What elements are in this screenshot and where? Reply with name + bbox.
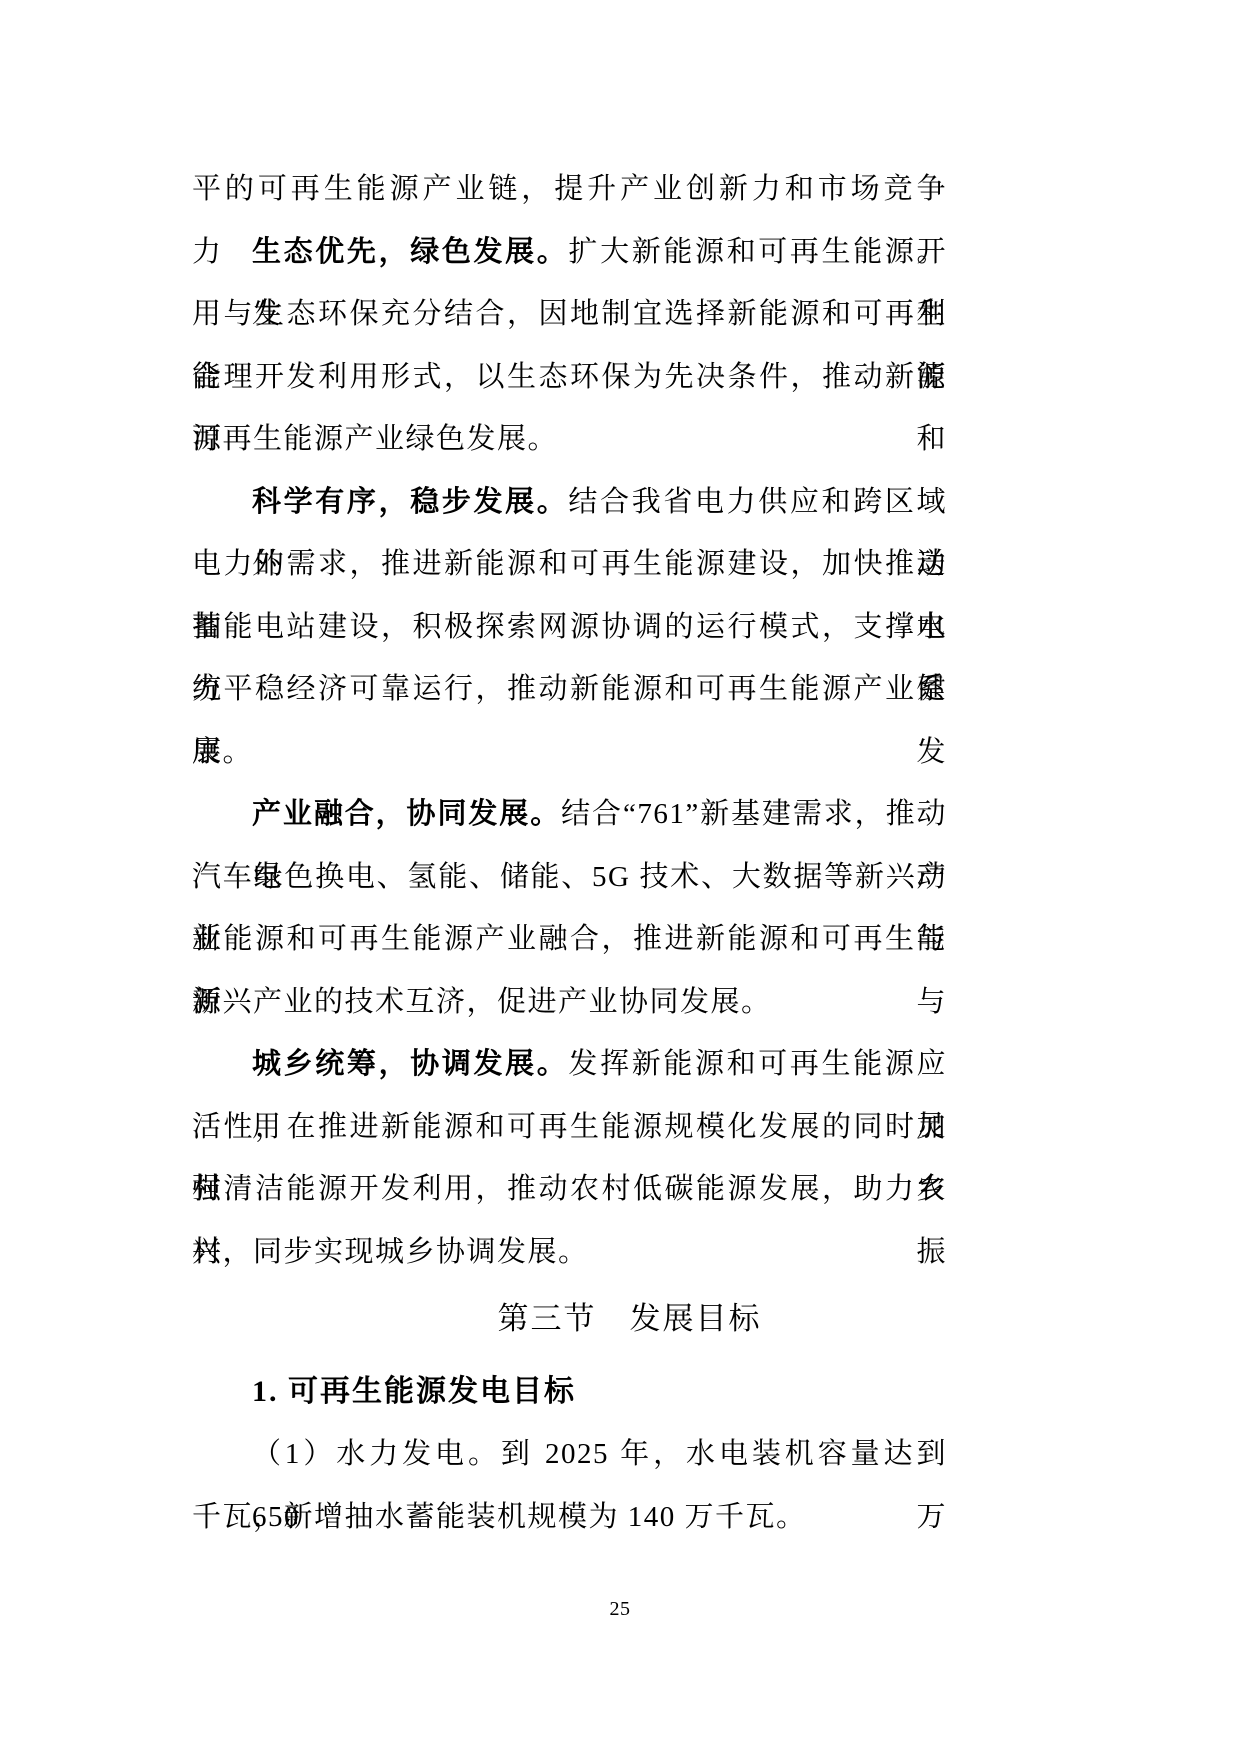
text-run: 千瓦，新增抽水蓄能装机规模为 140 万千瓦。 (192, 1501, 807, 1533)
text-run: 展。 (192, 736, 253, 768)
page-number: 25 (0, 1598, 1240, 1621)
bold-lead-phrase: 产业融合，协同发展。 (252, 798, 561, 830)
text-line: 村清洁能源开发利用，推动农村低碳能源发展，助力乡村振 (192, 1158, 947, 1221)
text-line: 活性，在推进新能源和可再生能源规模化发展的同时加强农 (192, 1096, 947, 1159)
text-line: 汽车绿色换电、氢能、储能、5G 技术、大数据等新兴产业与 (192, 846, 947, 909)
text-line: 产业融合，协同发展。结合“761”新基建需求，推动电动 (192, 783, 947, 846)
numbered-heading: 1. 可再生能源发电目标 (192, 1361, 947, 1424)
bold-lead-phrase: 城乡统筹，协调发展。 (252, 1048, 568, 1080)
body-paragraphs: 平的可再生能源产业链，提升产业创新力和市场竞争力。生态优先，绿色发展。扩大新能源… (192, 158, 947, 1283)
text-line: 生态优先，绿色发展。扩大新能源和可再生能源开发利 (192, 221, 947, 284)
text-run: 兴，同步实现城乡协调发展。 (192, 1236, 589, 1268)
text-line: 电力的需求，推进新能源和可再生能源建设，加快推动抽水 (192, 533, 947, 596)
text-run: 新兴产业的技术互济，促进产业协同发展。 (192, 986, 772, 1018)
text-line: 用与生态环保充分结合，因地制宜选择新能源和可再生能源 (192, 283, 947, 346)
text-line: （1）水力发电。到 2025 年，水电装机容量达到 650 万 (192, 1423, 947, 1486)
text-line: 统平稳经济可靠运行，推动新能源和可再生能源产业健康发 (192, 658, 947, 721)
text-line: 平的可再生能源产业链，提升产业创新力和市场竞争力。 (192, 158, 947, 221)
bold-lead-phrase: 科学有序，稳步发展。 (252, 486, 568, 518)
bold-lead-phrase: 生态优先，绿色发展。 (252, 236, 568, 268)
document-page: 平的可再生能源产业链，提升产业创新力和市场竞争力。生态优先，绿色发展。扩大新能源… (0, 0, 1240, 1754)
text-line: 新能源和可再生能源产业融合，推进新能源和可再生能源与 (192, 908, 947, 971)
goal-paragraph: （1）水力发电。到 2025 年，水电装机容量达到 650 万千瓦，新增抽水蓄能… (192, 1423, 947, 1548)
text-run: 统平稳经济可靠运行，推动新能源和可再生能源产业健康发 (192, 673, 947, 768)
text-line: 合理开发利用形式，以生态环保为先决条件，推动新能源和 (192, 346, 947, 409)
text-line: 蓄能电站建设，积极探索网源协调的运行模式，支撑电力系 (192, 596, 947, 659)
text-run: 可再生能源产业绿色发展。 (192, 423, 558, 455)
text-block: 平的可再生能源产业链，提升产业创新力和市场竞争力。生态优先，绿色发展。扩大新能源… (192, 158, 947, 1548)
section-heading: 第三节 发展目标 (192, 1288, 947, 1351)
text-line: 科学有序，稳步发展。结合我省电力供应和跨区域外送 (192, 471, 947, 534)
text-line: 城乡统筹，协调发展。发挥新能源和可再生能源应用灵 (192, 1033, 947, 1096)
